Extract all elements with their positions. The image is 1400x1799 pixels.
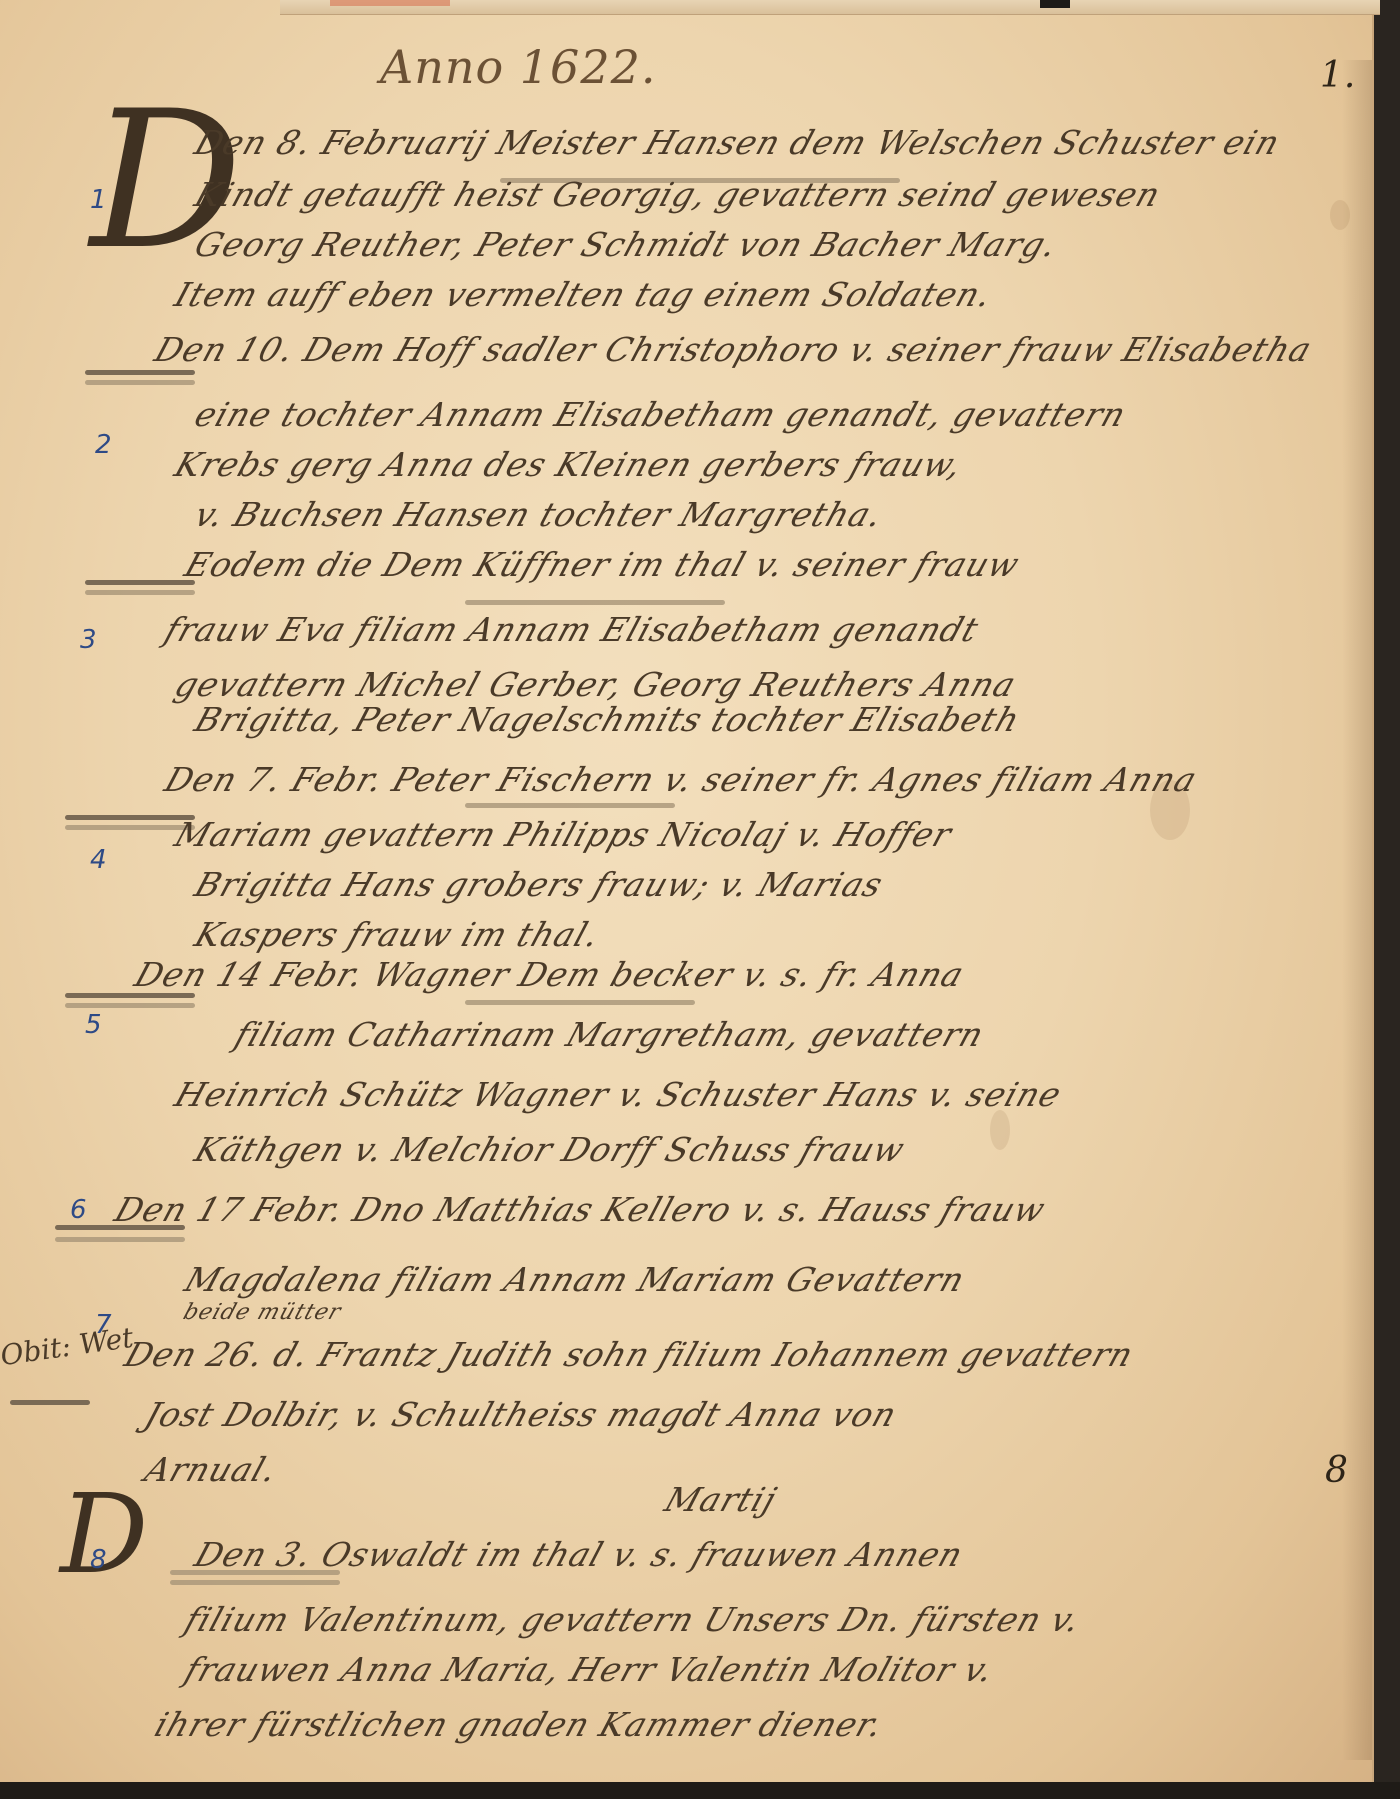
entry-line: Krebs gerg Anna des Kleinen gerbers frau… — [170, 445, 968, 484]
entry-initial-d: D — [60, 1470, 148, 1598]
entry-line: Kindt getaufft heist Georgig, gevattern … — [190, 175, 1166, 214]
entry-line: Den 7. Febr. Peter Fischern v. seiner fr… — [160, 760, 1202, 799]
entry-line: Mariam gevattern Philipps Nicolaj v. Hof… — [170, 815, 957, 854]
entry-line: Arnual. — [140, 1450, 283, 1489]
entry-line: Käthgen v. Melchior Dorff Schuss frauw — [190, 1130, 910, 1169]
entry-line: Brigitta Hans grobers frauw; v. Marias — [190, 865, 888, 904]
entry-line: filium Valentinum, gevattern Unsers Dn. … — [180, 1600, 1086, 1639]
entry-underline — [55, 1237, 185, 1242]
entry-underline — [65, 1003, 195, 1008]
name-underline — [465, 1000, 695, 1005]
entry-underline — [85, 380, 195, 385]
entry-line: Den 8. Februarij Meister Hansen dem Wels… — [190, 123, 1285, 162]
page-number: 1. — [1320, 55, 1356, 96]
entry-underline — [85, 580, 195, 585]
entry-number: 8 — [90, 1545, 107, 1575]
entry-line: Item auff eben vermelten tag einem Solda… — [170, 275, 997, 314]
entry-line: Den 10. Dem Hoff sadler Christophoro v. … — [150, 330, 1317, 369]
entry-line: Kaspers frauw im thal. — [190, 915, 605, 954]
entry-line: frauwen Anna Maria, Herr Valentin Molito… — [180, 1650, 999, 1689]
entry-number: 6 — [70, 1195, 87, 1225]
entry-number: 3 — [80, 625, 97, 655]
entry-number: 5 — [85, 1010, 102, 1040]
entry-line: Eodem die Dem Küffner im thal v. seiner … — [180, 545, 1025, 584]
entry-line: filiam Catharinam Margretham, gevattern — [230, 1015, 989, 1054]
entry-line: v. Buchsen Hansen tochter Margretha. — [190, 495, 888, 534]
entry-line: gevattern Michel Gerber, Georg Reuthers … — [170, 665, 1021, 704]
manuscript-page: Anno 1622. 1. D 1 Den 8. Februarij Meist… — [0, 0, 1374, 1785]
entry-line: beide mütter — [180, 1300, 345, 1325]
page-title: Anno 1622. — [380, 40, 656, 94]
entry-line: Magdalena filiam Annam Mariam Gevattern — [180, 1260, 970, 1299]
entry-line: Georg Reuther, Peter Schmidt von Bacher … — [190, 225, 1063, 264]
entry-line: Brigitta, Peter Nagelschmits tochter Eli… — [190, 700, 1025, 739]
entry-line: eine tochter Annam Elisabetham genandt, … — [190, 395, 1131, 434]
entry-line: Den 3. Oswaldt im thal v. s. frauwen Ann… — [190, 1535, 968, 1574]
entry-number: 4 — [90, 845, 107, 875]
page-fold-shadow — [1342, 60, 1372, 1760]
name-underline — [465, 803, 675, 808]
page-top-edge — [280, 0, 1380, 15]
entry-line: Den 26. d. Frantz Judith sohn filium Ioh… — [120, 1335, 1139, 1374]
entry-underline — [65, 815, 195, 820]
margin-note-obit: Obit: Wet — [0, 1321, 135, 1372]
name-underline — [465, 600, 725, 605]
entry-number: 1 — [90, 185, 107, 215]
margin-note-right: 8 — [1325, 1450, 1349, 1491]
margin-note-underline — [10, 1400, 90, 1405]
entry-line: Heinrich Schütz Wagner v. Schuster Hans … — [170, 1075, 1067, 1114]
entry-underline — [85, 370, 195, 375]
entry-line: Jost Dolbir, v. Schultheiss magdt Anna v… — [140, 1395, 902, 1434]
entry-underline — [65, 825, 195, 830]
entry-number: 2 — [95, 430, 112, 460]
entry-line: ihrer fürstlichen gnaden Kammer diener. — [150, 1705, 888, 1744]
entry-line: Den 14 Febr. Wagner Dem becker v. s. fr.… — [130, 955, 969, 994]
month-heading: Martij — [660, 1480, 782, 1519]
entry-line: frauw Eva filiam Annam Elisabetham genan… — [160, 610, 984, 649]
scan-bottom-edge — [0, 1782, 1400, 1799]
entry-underline — [85, 590, 195, 595]
entry-underline — [170, 1580, 340, 1585]
entry-line: Den 17 Febr. Dno Matthias Kellero v. s. … — [110, 1190, 1051, 1229]
